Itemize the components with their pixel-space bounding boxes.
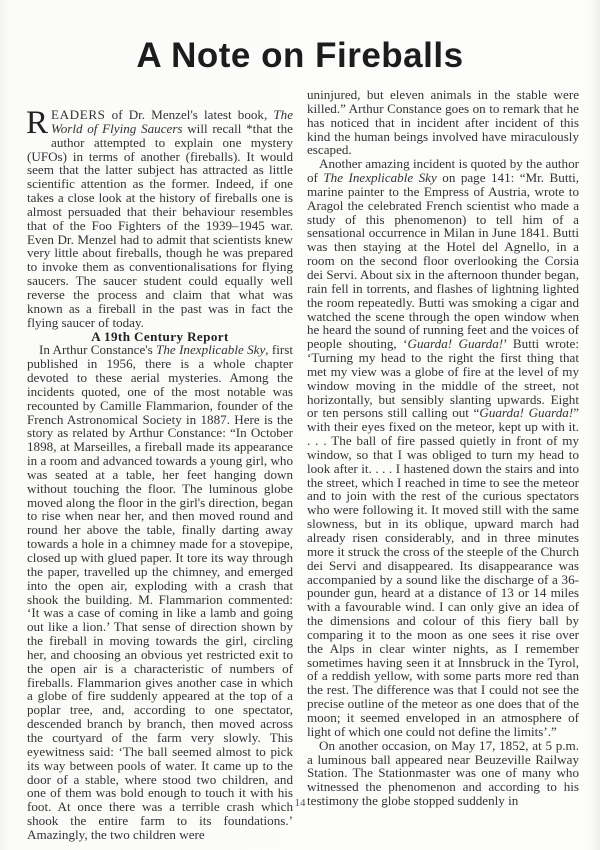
- article-title: A Note on Fireballs: [0, 36, 600, 76]
- intro-text: will recall *that the author attempted t…: [27, 121, 293, 330]
- document-page: A Note on Fireballs READERS of Dr. Menze…: [0, 0, 600, 850]
- section-subheading: A 19th Century Report: [27, 330, 293, 344]
- drop-cap: R: [26, 110, 48, 136]
- milan-paragraph: Another amazing incident is quoted by th…: [307, 157, 579, 738]
- book-title-inexplicable-sky: The Inexplicable Sky: [323, 170, 436, 185]
- intro-paragraph: READERS of Dr. Menzel's latest book, The…: [27, 108, 293, 330]
- intro-text: of Dr. Menzel's latest book,: [106, 107, 274, 122]
- page-number: 14: [288, 797, 312, 809]
- right-column: uninjured, but eleven animals in the sta…: [307, 88, 579, 808]
- continuation-paragraph: uninjured, but eleven animals in the sta…: [307, 88, 579, 157]
- lead-caps: EADERS: [51, 107, 106, 122]
- italic-shout: Guarda! Guarda!: [407, 336, 503, 351]
- italic-shout: Guarda! Guarda!: [479, 405, 573, 420]
- milan-text: ” with their eyes fixed on the meteor, k…: [307, 405, 579, 738]
- report-text: , first published in 1956, there is a wh…: [27, 342, 293, 842]
- report-text: In Arthur Constance's: [39, 342, 156, 357]
- report-paragraph: In Arthur Constance's The Inexplicable S…: [27, 343, 293, 841]
- book-title-inexplicable-sky: The Inexplicable Sky: [156, 342, 265, 357]
- milan-text: on page 141: “Mr. Butti, marine painter …: [307, 170, 579, 351]
- beuzeville-paragraph: On another occasion, on May 17, 1852, at…: [307, 739, 579, 808]
- left-column: READERS of Dr. Menzel's latest book, The…: [27, 108, 293, 842]
